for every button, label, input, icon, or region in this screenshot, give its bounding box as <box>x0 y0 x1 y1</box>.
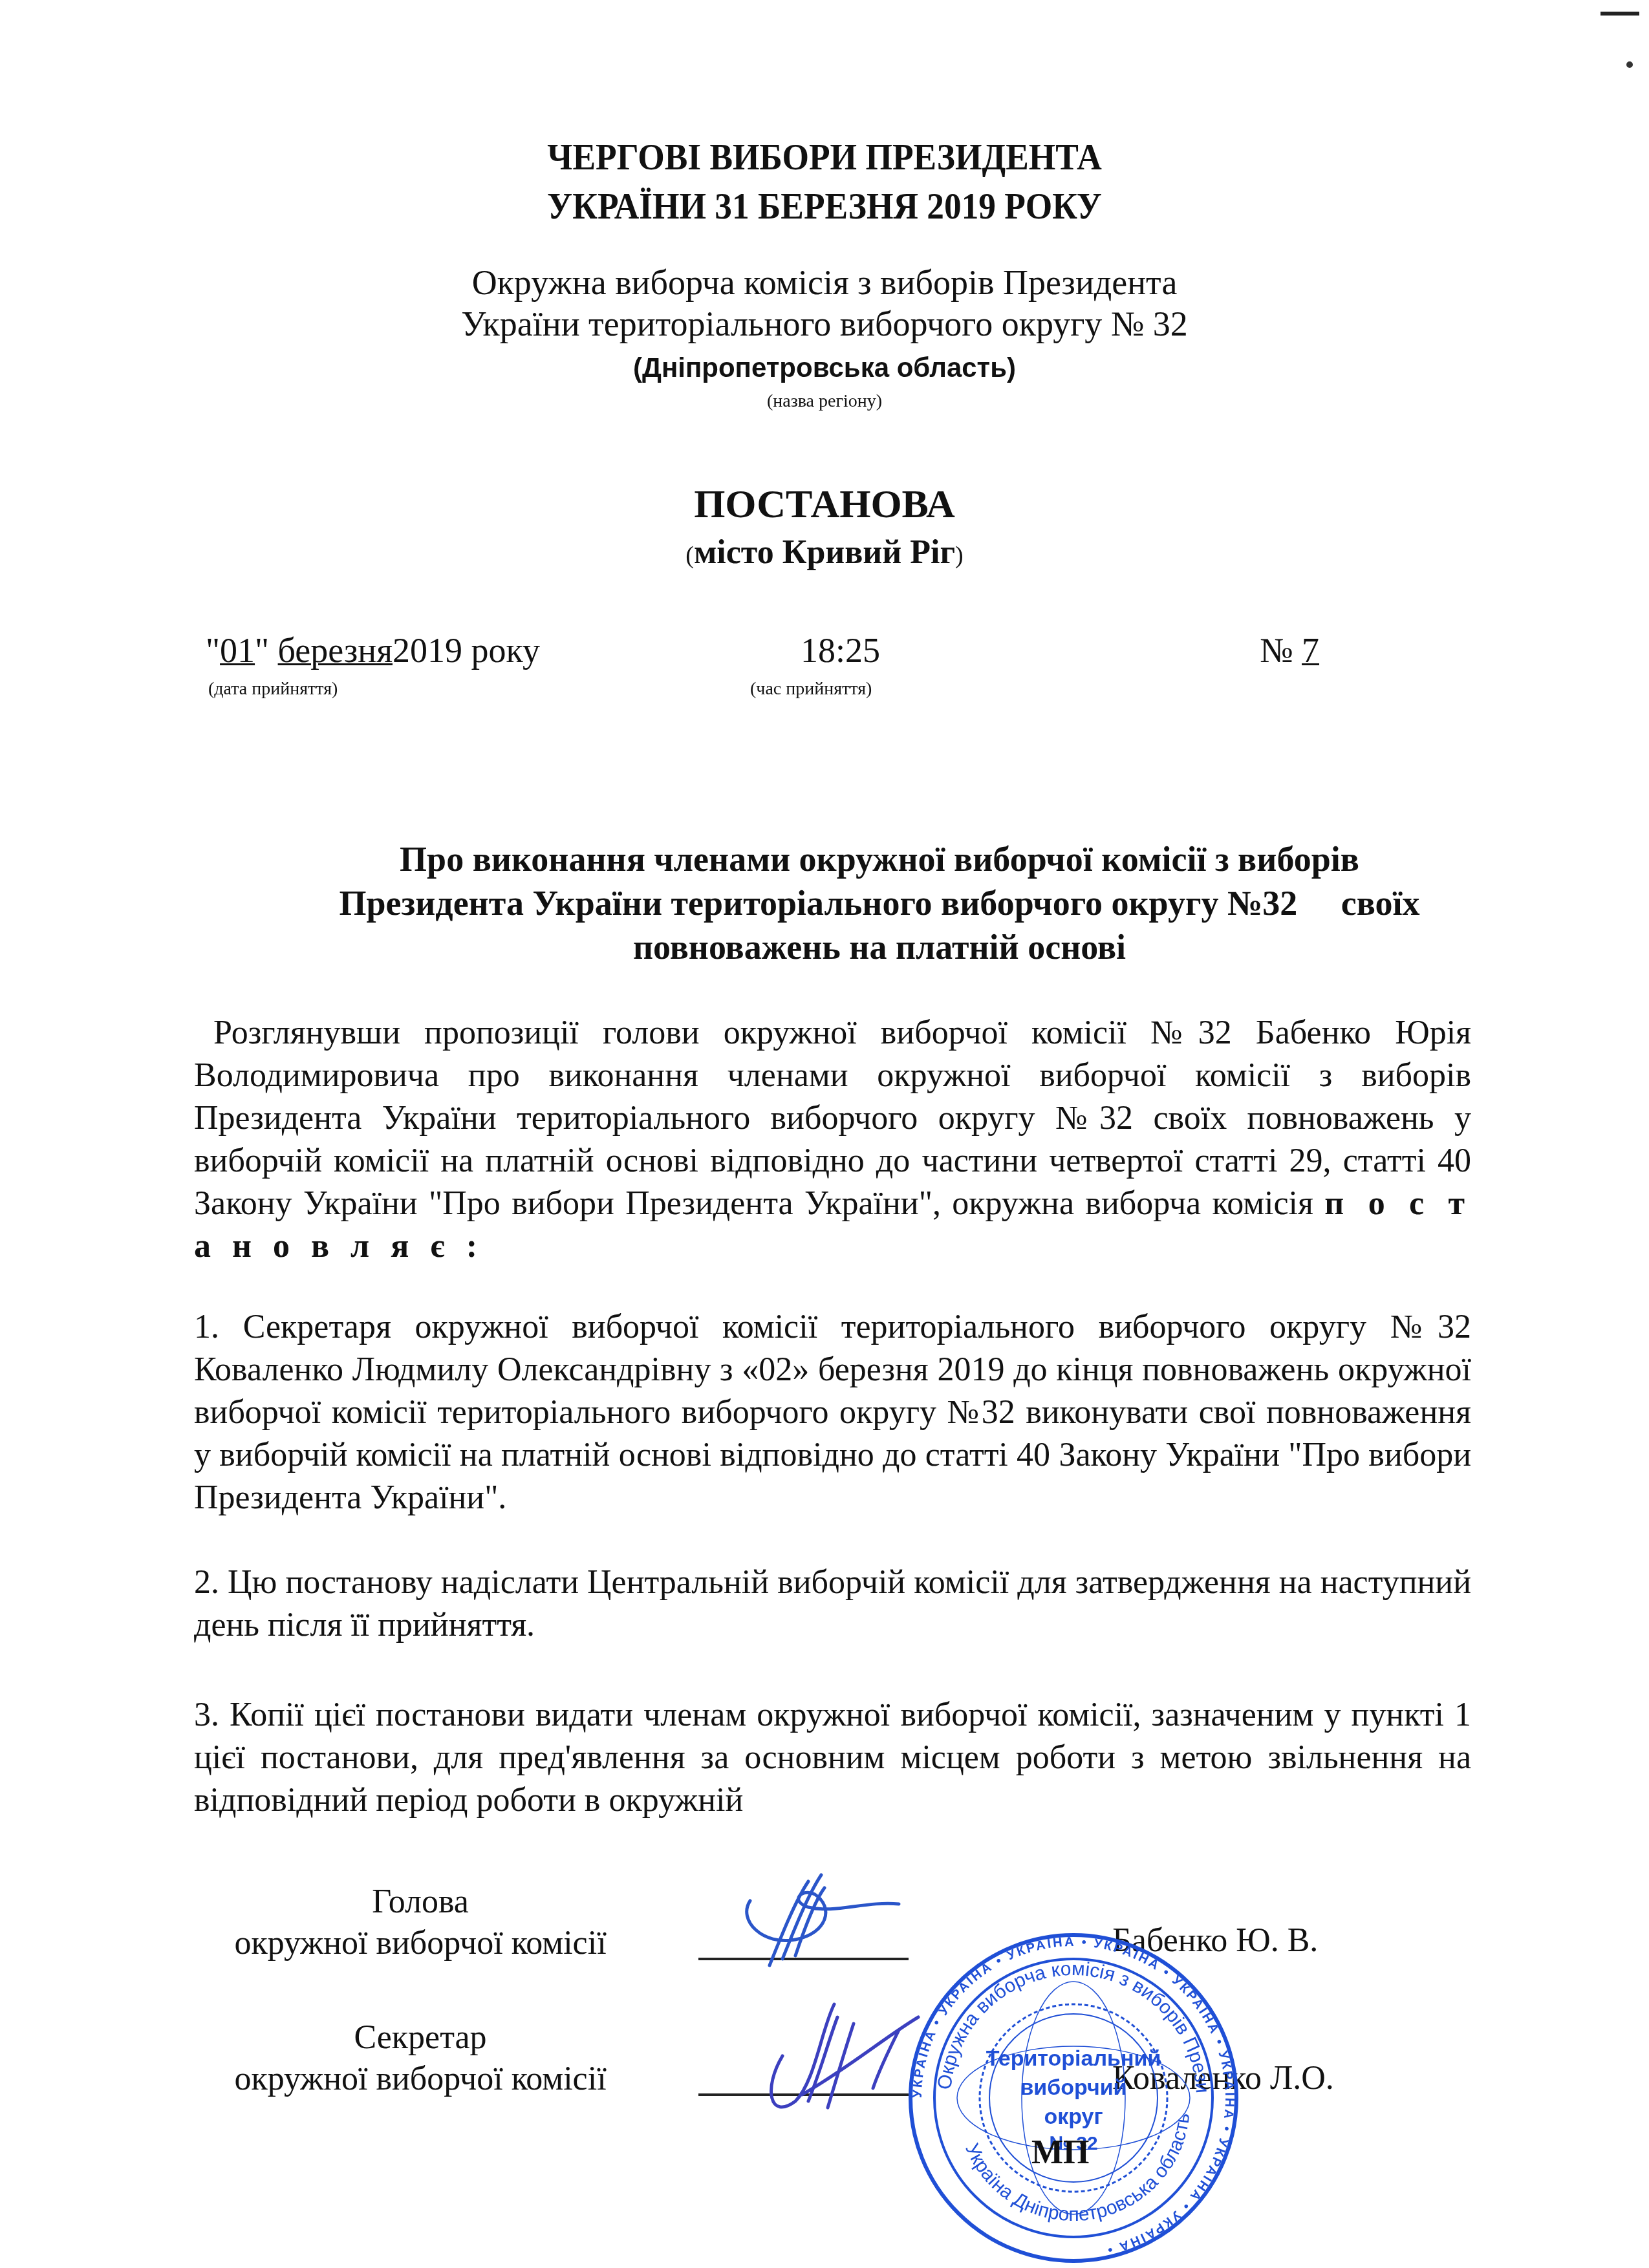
clause-2: 2. Цю постанову надіслати Центральній ви… <box>194 1561 1471 1647</box>
commission-line1: Окружна виборча комісія з виборів Презид… <box>0 262 1649 303</box>
time-caption: (час прийняття) <box>750 679 872 700</box>
svg-text:округ: округ <box>1044 2104 1103 2129</box>
election-title-line1: ЧЕРГОВІ ВИБОРИ ПРЕЗИДЕНТА <box>66 133 1583 182</box>
election-title-line2: УКРАЇНИ 31 БЕРЕЗНЯ 2019 РОКУ <box>66 182 1583 231</box>
secretary-role-line1: Секретар <box>194 2017 647 2059</box>
date-quote-close: " <box>255 631 269 670</box>
chair-role-line2: окружної виборчої комісії <box>194 1923 647 1964</box>
number-value: 7 <box>1302 631 1319 670</box>
seal-mark: МП <box>1031 2134 1090 2172</box>
date-caption: (дата прийняття) <box>208 679 338 700</box>
city-paren-open: ( <box>685 542 694 569</box>
document-number: № 7 <box>1260 630 1319 670</box>
adoption-date: "01" березня2019 року <box>206 630 540 670</box>
chair-role-line1: Голова <box>194 1881 647 1923</box>
commission-name: Окружна виборча комісія з виборів Презид… <box>0 262 1649 345</box>
scan-mark-dot <box>1626 61 1633 68</box>
region-name: (Дніпропетровська область) <box>0 352 1649 383</box>
preamble-paragraph: Розглянувши пропозиції голови окружної в… <box>194 1012 1471 1268</box>
clause-1: 1. Секретаря окружної виборчої комісії т… <box>194 1306 1471 1519</box>
document-title: ПОСТАНОВА <box>0 482 1649 528</box>
date-day: 01 <box>220 631 255 670</box>
subject-line2: Президента України територіального вибор… <box>272 881 1487 925</box>
commission-line2: України територіального виборчого округу… <box>0 303 1649 345</box>
subject-line3: повноважень на платній основі <box>272 925 1487 969</box>
svg-text:Територіальний: Територіальний <box>986 2046 1161 2071</box>
clause-3: 3. Копії цієї постанови видати членам ок… <box>194 1694 1471 1822</box>
date-quote-open: " <box>206 631 220 670</box>
chair-signature <box>711 1868 918 1972</box>
secretary-role: Секретар окружної виборчої комісії <box>194 2017 647 2100</box>
city-name: місто Кривий Ріг <box>694 534 955 571</box>
scan-mark-bar <box>1600 12 1639 16</box>
election-title: ЧЕРГОВІ ВИБОРИ ПРЕЗИДЕНТА УКРАЇНИ 31 БЕР… <box>66 133 1583 231</box>
subject-line1: Про виконання членами окружної виборчої … <box>272 837 1487 881</box>
secretary-role-line2: окружної виборчої комісії <box>194 2059 647 2100</box>
number-sign: № <box>1260 631 1293 670</box>
document-city: (місто Кривий Ріг) <box>0 533 1649 572</box>
decree-subject: Про виконання членами окружної виборчої … <box>272 837 1487 969</box>
svg-text:виборчий: виборчий <box>1020 2075 1126 2100</box>
region-caption: (назва регіону) <box>0 391 1649 412</box>
chair-role: Голова окружної виборчої комісії <box>194 1881 647 1964</box>
city-paren-close: ) <box>955 542 964 569</box>
official-stamp: УКРАЇНА • УКРАЇНА • УКРАЇНА • УКРАЇНА • … <box>905 1930 1242 2266</box>
date-month: березня <box>278 631 393 670</box>
preamble-text: Розглянувши пропозиції голови окружної в… <box>194 1014 1471 1222</box>
adoption-time: 18:25 <box>801 630 880 670</box>
date-year: 2019 року <box>393 631 540 670</box>
